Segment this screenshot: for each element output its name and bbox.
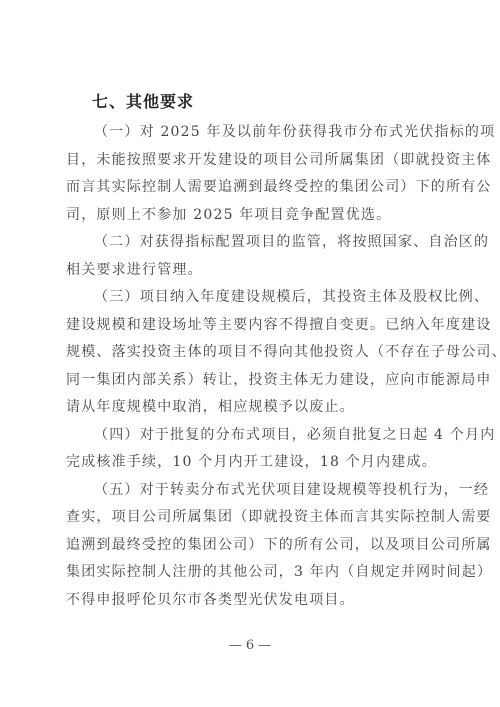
paragraph-line: 而言其实际控制人需要追溯到最终受控的集团公司）下的所有公 xyxy=(66,178,436,196)
paragraph-line: 目，未能按照要求开发建设的项目公司所属集团（即就投资主体 xyxy=(66,151,436,169)
paragraph-line: （二）对获得指标配置项目的监管，将按照国家、自治区的 xyxy=(94,233,464,251)
paragraph-line: （三）项目纳入年度建设规模后，其投资主体及股权比例、 xyxy=(94,288,464,306)
paragraph-line: （一）对 2025 年及以前年份获得我市分布式光伏指标的项 xyxy=(94,123,464,141)
paragraph-line: （五）对于转卖分布式光伏项目建设规模等投机行为，一经 xyxy=(94,481,464,499)
paragraph-line: 相关要求进行管理。 xyxy=(66,261,436,279)
paragraph-line: 集团实际控制人注册的其他公司，3 年内（自规定并网时间起） xyxy=(66,563,436,581)
document-page: 七、其他要求 （一）对 2025 年及以前年份获得我市分布式光伏指标的项 目，未… xyxy=(0,0,500,707)
paragraph-line: 规模、落实投资主体的项目不得向其他投资人（不存在子母公司、 xyxy=(66,343,436,361)
paragraph-line: 同一集团内部关系）转让，投资主体无力建设，应向市能源局申 xyxy=(66,371,436,389)
paragraph-line: 完成核准手续，10 个月内开工建设，18 个月内建成。 xyxy=(66,453,436,471)
paragraph-line: 不得申报呼伦贝尔市各类型光伏发电项目。 xyxy=(66,591,436,609)
section-heading: 七、其他要求 xyxy=(92,89,194,112)
paragraph-line: 司，原则上不参加 2025 年项目竞争配置优选。 xyxy=(66,206,436,224)
paragraph-line: 查实，项目公司所属集团（即就投资主体而言其实际控制人需要 xyxy=(66,508,436,526)
paragraph-line: 请从年度规模中取消，相应规模予以废止。 xyxy=(66,398,436,416)
page-number: — 6 — xyxy=(0,638,500,653)
paragraph-line: 追溯到最终受控的集团公司）下的所有公司，以及项目公司所属 xyxy=(66,536,436,554)
paragraph-line: 建设规模和建设场址等主要内容不得擅自变更。已纳入年度建设 xyxy=(66,316,436,334)
paragraph-line: （四）对于批复的分布式项目，必须自批复之日起 4 个月内 xyxy=(94,426,464,444)
